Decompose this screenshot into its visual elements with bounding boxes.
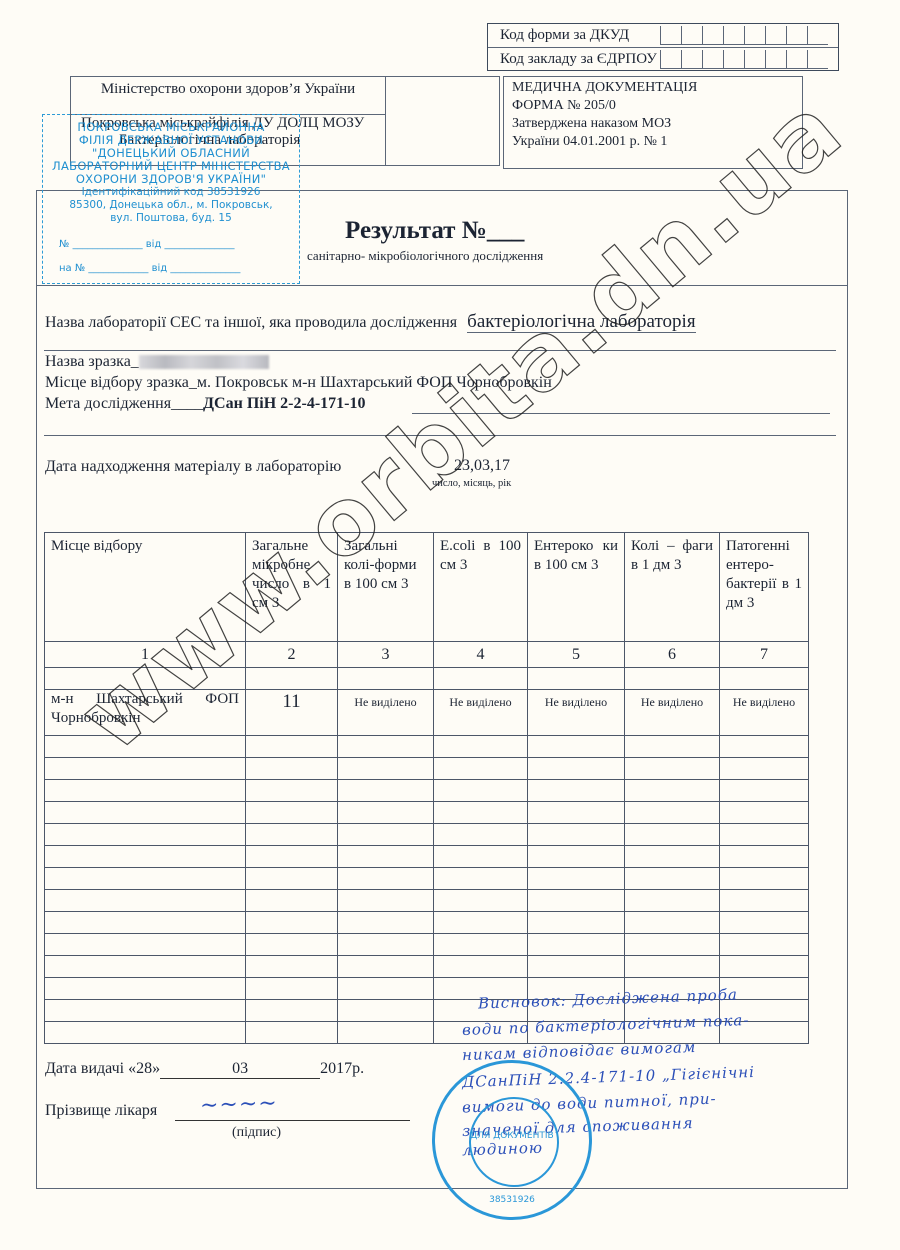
received-date-label: Дата надходження матеріалу в лабораторію bbox=[45, 458, 341, 476]
header-cell: Ентероко ки в 100 см 3 bbox=[528, 533, 625, 642]
header-cell: Колі – фаги в 1 дм 3 bbox=[625, 533, 720, 642]
doctor-signature: ~~~~ bbox=[200, 1091, 279, 1119]
cell-coliforms: Не виділено bbox=[338, 690, 434, 736]
table-row bbox=[45, 890, 809, 912]
column-number: 5 bbox=[528, 642, 625, 668]
table-row bbox=[45, 956, 809, 978]
divider-line bbox=[44, 350, 836, 351]
stamp-id-code: Ідентифікаційний код 38531926 bbox=[43, 186, 299, 199]
purpose-label: Мета дослідження____ bbox=[45, 395, 203, 412]
table-row bbox=[45, 824, 809, 846]
stamp-address: 85300, Донецька обл., м. Покровськ, bbox=[43, 199, 299, 212]
result-title: Результат №___ bbox=[345, 217, 524, 245]
doctor-name-label: Прізвище лікаря bbox=[45, 1102, 157, 1120]
purpose-field: Мета дослідження____ДСан ПіН 2-2-4-171-1… bbox=[45, 395, 365, 413]
dkud-label: Код форми за ДКУД bbox=[500, 27, 629, 44]
issue-date-field: Дата видачі «28»032017р. bbox=[45, 1060, 364, 1079]
dkud-code-cells bbox=[660, 26, 828, 46]
round-stamp-text: ДЛЯ ДОКУМЕНТІВ bbox=[435, 1131, 589, 1141]
cell-pathogenic-enterobacteria: Не виділено bbox=[720, 690, 809, 736]
issue-day: Дата видачі «28» bbox=[45, 1060, 160, 1077]
column-number: 6 bbox=[625, 642, 720, 668]
stamp-number-field: № ______________ від ______________ bbox=[59, 239, 235, 250]
edrpou-code-cells bbox=[660, 50, 828, 70]
table-row bbox=[45, 846, 809, 868]
sample-place-label: Місце відбору зразка_ bbox=[45, 374, 197, 391]
round-stamp-code: 38531926 bbox=[435, 1195, 589, 1205]
med-doc-line1: МЕДИЧНА ДОКУМЕНТАЦІЯ bbox=[512, 79, 794, 97]
column-number: 3 bbox=[338, 642, 434, 668]
redacted-sample-name bbox=[139, 355, 269, 369]
result-subtitle: санітарно- мікробіологічного дослідження bbox=[307, 248, 543, 264]
signature-hint: (підпис) bbox=[232, 1125, 281, 1141]
stamp-reply-number-field: на № ____________ від ______________ bbox=[59, 263, 240, 274]
round-stamp: ДЛЯ ДОКУМЕНТІВ 38531926 bbox=[432, 1060, 592, 1220]
sample-name-label: Назва зразка_ bbox=[45, 353, 139, 370]
cell-coliphages: Не виділено bbox=[625, 690, 720, 736]
ministry-title: Міністерство охорони здоров’я України bbox=[71, 81, 385, 98]
issue-year: 2017р. bbox=[320, 1060, 364, 1077]
column-number: 7 bbox=[720, 642, 809, 668]
cell-enterococci: Не виділено bbox=[528, 690, 625, 736]
purpose-value: ДСан ПіН 2-2-4-171-10 bbox=[203, 395, 365, 412]
header-cell: E.coli в 100 см 3 bbox=[434, 533, 528, 642]
table-row bbox=[45, 934, 809, 956]
form-codes-box: Код форми за ДКУД Код закладу за ЄДРПОУ bbox=[487, 23, 839, 71]
issue-month: 03 bbox=[160, 1060, 320, 1079]
lab-stamp: ПОКРОВСЬКА МІСЬКРАЙОННА ФІЛІЯ ДЕРЖАВНОЇ … bbox=[42, 114, 300, 284]
sample-name-field: Назва зразка_ bbox=[45, 353, 269, 371]
dkud-code-row: Код форми за ДКУД bbox=[488, 24, 838, 48]
table-row bbox=[45, 758, 809, 780]
table-row bbox=[45, 868, 809, 890]
header-cell: Патогенні ентеро-бактерії в 1 дм 3 bbox=[720, 533, 809, 642]
edrpou-label: Код закладу за ЄДРПОУ bbox=[500, 51, 657, 68]
column-number: 4 bbox=[434, 642, 528, 668]
lab-name-label: Назва лабораторії СЕС та іншої, яка пров… bbox=[45, 314, 457, 331]
doctor-signature-line bbox=[175, 1120, 410, 1121]
table-row bbox=[45, 802, 809, 824]
table-row bbox=[45, 912, 809, 934]
stamp-street: вул. Поштова, буд. 15 bbox=[43, 212, 299, 225]
stamp-line: ОХОРОНИ ЗДОРОВ'Я УКРАЇНИ" bbox=[43, 173, 299, 186]
header-divider bbox=[36, 285, 848, 286]
cell-microbial-count: 11 bbox=[246, 690, 338, 736]
cell-ecoli: Не виділено bbox=[434, 690, 528, 736]
edrpou-code-row: Код закладу за ЄДРПОУ bbox=[488, 48, 838, 71]
table-row bbox=[45, 780, 809, 802]
